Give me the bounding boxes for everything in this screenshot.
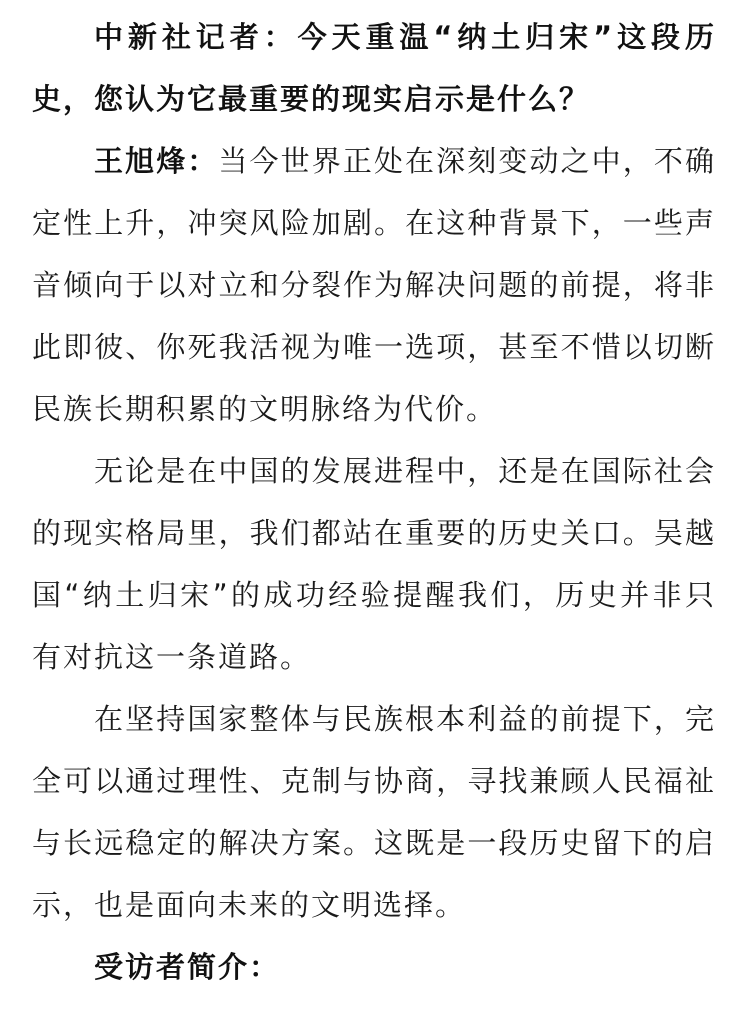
- answer-paragraph-3: 在坚持国家整体与民族根本利益的前提下，完全可以通过理性、克制与协商，寻找兼顾人民…: [32, 688, 716, 936]
- answer-paragraph-1: 王旭烽：当今世界正处在深刻变动之中，不确定性上升，冲突风险加剧。在这种背景下，一…: [32, 130, 716, 440]
- article-body: 中新社记者：今天重温“纳土归宋”这段历史，您认为它最重要的现实启示是什么？ 王旭…: [32, 6, 716, 998]
- bio-heading: 受访者简介：: [32, 936, 716, 998]
- answer-paragraph-2: 无论是在中国的发展进程中，还是在国际社会的现实格局里，我们都站在重要的历史关口。…: [32, 440, 716, 688]
- answer-speaker: 王旭烽：: [94, 144, 218, 178]
- answer-text-1: 当今世界正处在深刻变动之中，不确定性上升，冲突风险加剧。在这种背景下，一些声音倾…: [32, 144, 716, 426]
- interview-question: 中新社记者：今天重温“纳土归宋”这段历史，您认为它最重要的现实启示是什么？: [32, 6, 716, 130]
- question-speaker: 中新社记者：: [94, 20, 298, 54]
